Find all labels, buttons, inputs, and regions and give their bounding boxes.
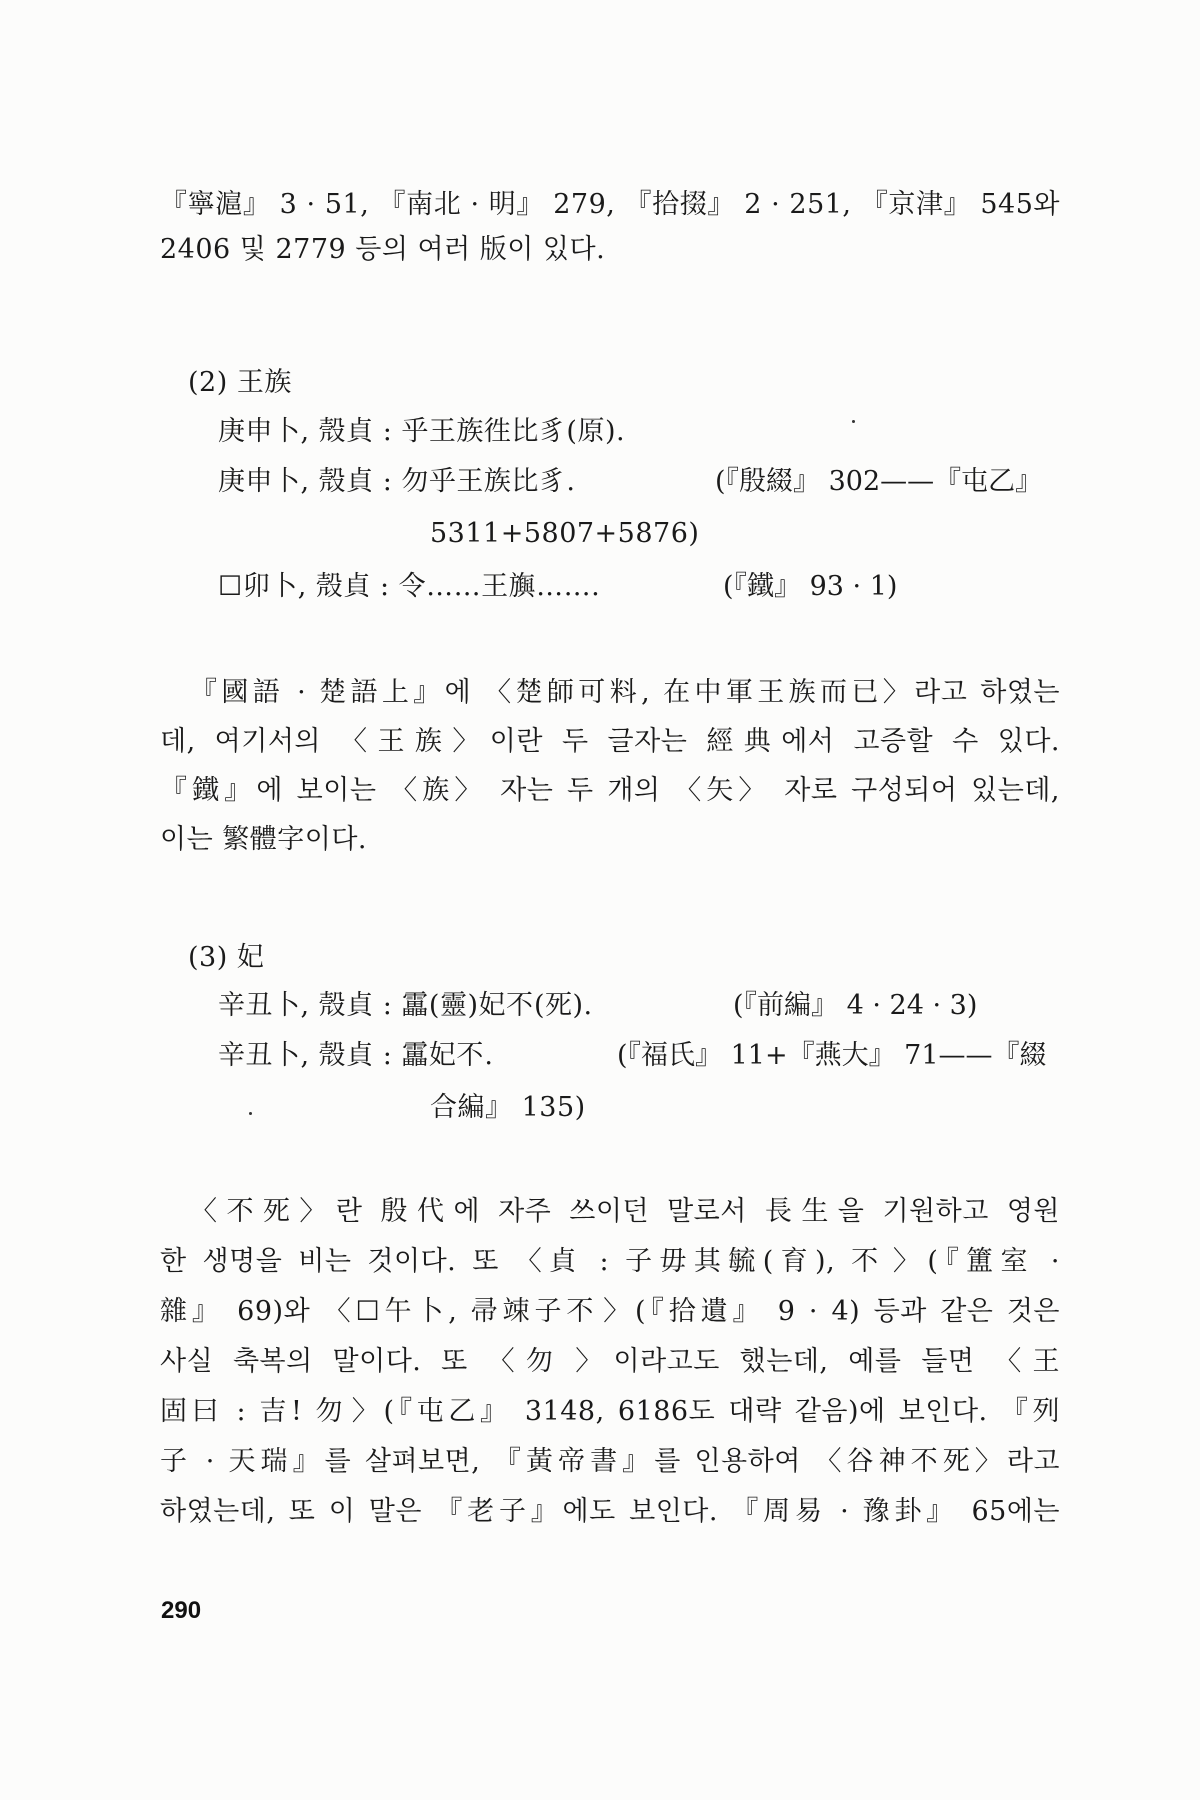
oracle-example: 辛丑卜, 殼貞 : 靁妃不𡆥.	[218, 1036, 494, 1076]
section-heading: (2) 王族	[188, 363, 292, 403]
scan-speck	[249, 1112, 252, 1115]
intro-line: 2406 및 2779 등의 여러 版이 있다.	[160, 230, 1060, 270]
paragraph-line: 이는 繁體字이다.	[160, 820, 1060, 860]
paragraph-line: 하였는데, 또 이 말은 『老子』에도 보인다. 『周易 · 豫卦』 65에는	[160, 1492, 1060, 1532]
oracle-example: ☐卯卜, 殼貞 : 令……王旟…….	[218, 567, 600, 607]
paragraph-line: 사실 축복의 말이다. 또 〈勿𡆥〉이라고도 했는데, 예를 들면 〈王	[160, 1342, 1060, 1382]
example-source-continuation: 5311+5807+5876)	[430, 514, 699, 554]
intro-line: 『寧滬』 3 · 51, 『南北 · 明』 279, 『拾掇』 2 · 251,…	[160, 185, 1060, 225]
book-page: 『寧滬』 3 · 51, 『南北 · 明』 279, 『拾掇』 2 · 251,…	[0, 0, 1200, 1800]
paragraph-line: 데, 여기서의 〈王族〉이란 두 글자는 經典에서 고증할 수 있다.	[160, 722, 1060, 762]
scan-speck	[852, 420, 855, 423]
paragraph-line: 子 · 天瑞』를 살펴보면, 『黃帝書』를 인용하여 〈谷神不死〉라고	[160, 1442, 1060, 1482]
oracle-example: 庚申卜, 殼貞 : 勿乎王族比豸.	[218, 462, 576, 502]
oracle-example: 辛丑卜, 殼貞 : 靁(靈)妃不𡆥(死).	[218, 986, 593, 1026]
page-number: 290	[161, 1597, 201, 1625]
paragraph-line: 〈不死〉란 殷代에 자주 쓰이던 말로서 長生을 기원하고 영원	[190, 1192, 1060, 1232]
oracle-example: 庚申卜, 殼貞 : 乎王族徃比豸(原).	[218, 412, 625, 452]
paragraph-line: 『國語 · 楚語上』에 〈楚師可料, 在中軍王族而已〉라고 하였는	[190, 673, 1060, 713]
example-source: (『殷綴』 302——『屯乙』	[715, 462, 1042, 502]
example-source: (『福氏』 11+『燕大』 71——『綴	[617, 1036, 1047, 1076]
section-heading: (3) 妃	[188, 938, 264, 978]
paragraph-line: 固曰 : 吉! 勿𡆥〉(『屯乙』 3148, 6186도 대략 같음)에 보인다…	[160, 1392, 1060, 1432]
paragraph-line: 『鐵』에 보이는 〈族〉 자는 두 개의 〈矢〉 자로 구성되어 있는데,	[160, 771, 1060, 811]
paragraph-line: 한 생명을 비는 것이다. 또 〈貞 : 子毋其毓(育), 不𡆥〉(『簠室 ·	[160, 1242, 1060, 1282]
example-source: (『鐵』 93 · 1)	[723, 567, 897, 607]
paragraph-line: 雜』 69)와 〈☐午卜, 帚竦子不𡆥〉(『拾遺』 9 · 4) 등과 같은 것…	[160, 1292, 1060, 1332]
example-source: (『前編』 4 · 24 · 3)	[733, 986, 977, 1026]
example-source-continuation: 合編』 135)	[430, 1088, 586, 1128]
